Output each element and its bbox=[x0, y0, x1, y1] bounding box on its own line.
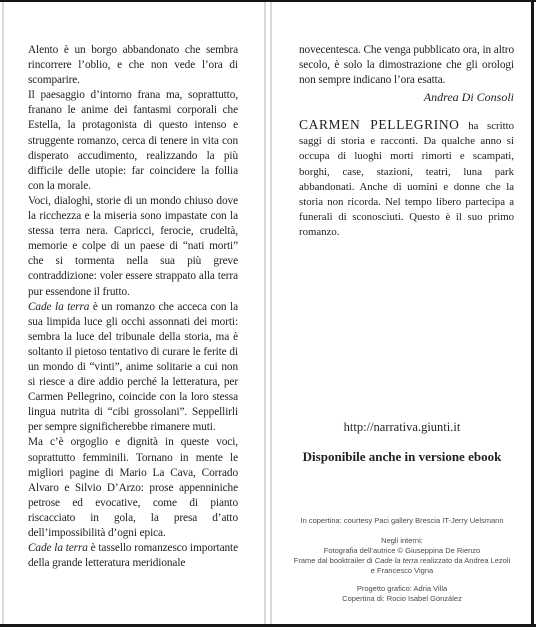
right-flap-quote: novecentesca. Che venga pubblicato ora, … bbox=[299, 43, 514, 105]
book-title-italic: Cade la terra bbox=[28, 301, 89, 313]
credit-graphic-design: Progetto grafico: Adria Villa bbox=[272, 584, 532, 594]
flap-paragraph-3: Voci, dialoghi, storie di un mondo chius… bbox=[28, 194, 238, 300]
author-bio-paragraph: CARMEN PELLEGRINO ha scritto saggi di st… bbox=[299, 117, 514, 241]
author-bio-text: ha scritto saggi di storia e racconti. D… bbox=[299, 120, 514, 238]
book-title-italic: Cade la terra bbox=[28, 542, 88, 554]
flap-paragraph-5: Ma c’è orgoglio e dignità in queste voci… bbox=[28, 435, 238, 541]
author-name: CARMEN PELLEGRINO bbox=[299, 117, 460, 132]
flap-paragraph-4-text: è un romanzo che acceca con la sua limpi… bbox=[28, 301, 238, 434]
flap-paragraph-2: Il paesaggio d’intorno frana ma, sopratt… bbox=[28, 88, 238, 194]
page-edge-bottom bbox=[0, 624, 536, 627]
credit-frame: Frame dal booktrailer di Cade la terra r… bbox=[272, 556, 532, 566]
flap-paragraph-4: Cade la terra è un romanzo che acceca co… bbox=[28, 300, 238, 436]
credit-frame-post: realizzato da Andrea Lezoli bbox=[418, 556, 510, 565]
credit-cover: In copertina: courtesy Paci gallery Bres… bbox=[272, 516, 532, 526]
flap-paragraph-6: Cade la terra è tassello romanzesco impo… bbox=[28, 541, 238, 571]
credit-cover-design: Copertina di: Rocio Isabel González bbox=[272, 594, 532, 604]
center-fold-line-left bbox=[264, 2, 266, 624]
left-flap-text: Alento è un borgo abbandonato che sembra… bbox=[28, 43, 238, 571]
credit-interiors-heading: Negli interni: bbox=[272, 536, 532, 546]
quote-attribution: Andrea Di Consoli bbox=[299, 90, 514, 105]
ebook-availability: Disponibile anche in versione ebook bbox=[272, 449, 532, 465]
page-edge-left bbox=[2, 2, 4, 624]
site-url: http://narrativa.giunti.it bbox=[272, 420, 532, 435]
quote-continuation: novecentesca. Che venga pubblicato ora, … bbox=[299, 43, 514, 88]
book-title-italic: Cade la terra bbox=[375, 556, 418, 565]
credit-frame-continued: e Francesco Vigna bbox=[272, 566, 532, 576]
credits-block: In copertina: courtesy Paci gallery Bres… bbox=[272, 516, 532, 604]
credit-design: Progetto grafico: Adria Villa Copertina … bbox=[272, 584, 532, 604]
author-bio: CARMEN PELLEGRINO ha scritto saggi di st… bbox=[299, 117, 514, 241]
book-flap-scan: Alento è un borgo abbandonato che sembra… bbox=[0, 0, 536, 630]
credit-frame-pre: Frame dal booktrailer di bbox=[294, 556, 375, 565]
page-edge-top bbox=[0, 0, 536, 2]
credit-author-photo: Fotografia dell’autrice © Giuseppina De … bbox=[272, 546, 532, 556]
credit-interiors: Negli interni: Fotografia dell’autrice ©… bbox=[272, 536, 532, 576]
flap-paragraph-1: Alento è un borgo abbandonato che sembra… bbox=[28, 43, 238, 88]
